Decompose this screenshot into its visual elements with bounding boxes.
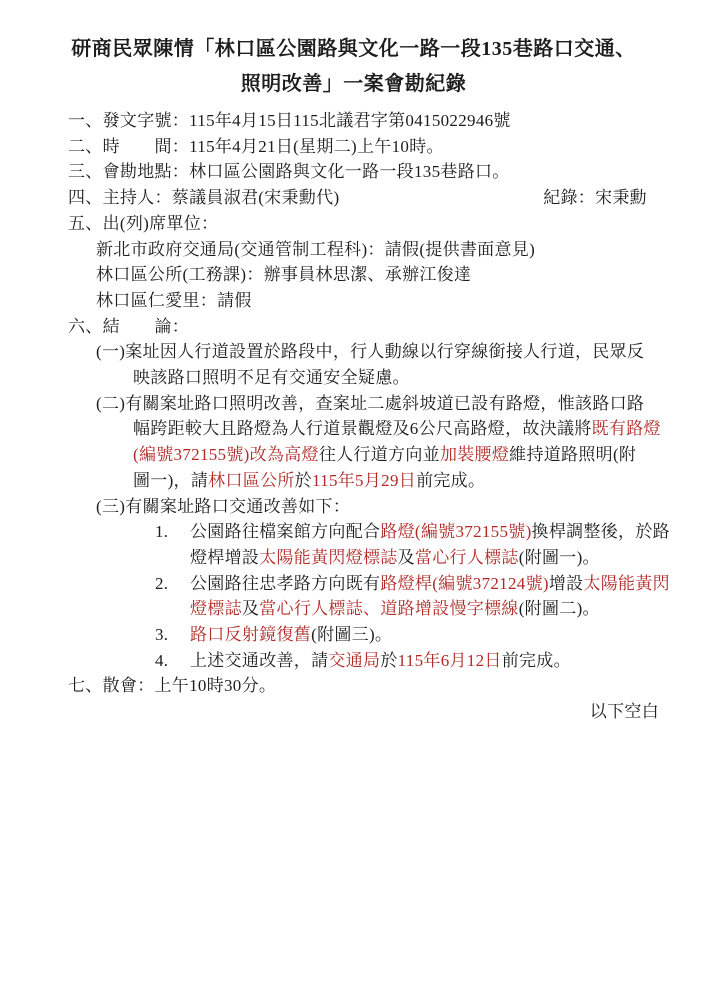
text: (二)有關案址路口照明改善，查案址二處斜坡道已設有路燈，惟該路口路 — [96, 394, 644, 413]
text: 前完成。 — [416, 471, 485, 490]
text: (一)案址因人行道設置於路段中，行人動線以行穿線銜接人行道，民眾反 — [96, 342, 644, 361]
red-text: 路燈桿(編號372124號) — [380, 574, 549, 593]
text: 映該路口照明不足有交通安全疑慮。 — [133, 368, 410, 387]
doc-line: 幅跨距較大且路燈為人行道景觀燈及6公尺高路燈，故決議將既有路燈 — [0, 416, 707, 442]
text: 公園路往忠孝路方向既有 — [190, 574, 380, 593]
red-text: 林口區公所 — [208, 471, 295, 490]
doc-line: 以下空白 — [0, 699, 707, 725]
text: 前完成。 — [502, 651, 571, 670]
doc-line: 五、出(列)席單位： — [0, 211, 707, 237]
doc-line: 燈桿增設太陽能黃閃燈標誌及當心行人標誌(附圖一)。 — [0, 545, 707, 571]
text: 紀錄：宋秉勳 — [543, 188, 647, 207]
text: (附圖三)。 — [311, 625, 392, 644]
red-text: 交通局 — [328, 651, 380, 670]
red-text: 太陽能黃閃 — [583, 574, 670, 593]
text: (三)有關案址路口交通改善如下： — [96, 497, 350, 516]
text: 四、主持人：蔡議員淑君(宋秉勳代) — [68, 188, 339, 207]
red-text: 當心行人標誌 — [415, 548, 519, 567]
text: (附圖一)。 — [519, 548, 600, 567]
text: 七、散會：上午10時30分。 — [68, 676, 276, 695]
doc-line: 三、會勘地點：林口區公園路與文化一路一段135巷路口。 — [0, 159, 707, 185]
doc-line: 一、發文字號：115年4月15日115北議君字第0415022946號 — [0, 108, 707, 134]
text: 圖一)，請 — [133, 471, 208, 490]
text: 一、發文字號：115年4月15日115北議君字第0415022946號 — [68, 111, 511, 130]
text: 二、時 間：115年4月21日(星期二)上午10時。 — [68, 137, 444, 156]
doc-line: 3.路口反射鏡復舊(附圖三)。 — [0, 622, 707, 648]
list-marker: 3. — [155, 622, 190, 648]
text: 維持道路照明(附 — [509, 445, 636, 464]
doc-body: 一、發文字號：115年4月15日115北議君字第0415022946號二、時 間… — [0, 108, 707, 725]
text: 於 — [295, 471, 312, 490]
text: 及 — [242, 599, 259, 618]
list-marker: 2. — [155, 571, 190, 597]
text: 換桿調整後，於路 — [532, 522, 670, 541]
red-text: 路燈(編號372155號) — [380, 522, 531, 541]
text: 三、會勘地點：林口區公園路與文化一路一段135巷路口。 — [68, 162, 510, 181]
red-text: 加裝腰燈 — [440, 445, 509, 464]
red-text: 115年5月29日 — [312, 471, 416, 490]
split-left: 四、主持人：蔡議員淑君(宋秉勳代) — [68, 185, 339, 211]
title-line-1: 研商民眾陳情「林口區公園路與文化一路一段135巷路口交通、 — [0, 32, 707, 67]
doc-line: 林口區仁愛里：請假 — [0, 288, 707, 314]
text: 於 — [380, 651, 397, 670]
text: 增設 — [549, 574, 584, 593]
text: 林口區公所(工務課)：辦事員林思潔、承辦江俊達 — [96, 265, 471, 284]
text: 新北市政府交通局(交通管制工程科)：請假(提供書面意見) — [96, 240, 535, 259]
red-text: 既有路燈 — [592, 419, 661, 438]
doc-line: (三)有關案址路口交通改善如下： — [0, 494, 707, 520]
doc-line: 新北市政府交通局(交通管制工程科)：請假(提供書面意見) — [0, 237, 707, 263]
doc-line: (二)有關案址路口照明改善，查案址二處斜坡道已設有路燈，惟該路口路 — [0, 391, 707, 417]
red-text: 當心行人標誌、道路增設慢字標線 — [259, 599, 519, 618]
text: 林口區仁愛里：請假 — [96, 291, 252, 310]
doc-line: 圖一)，請林口區公所於115年5月29日前完成。 — [0, 468, 707, 494]
text: 六、結 論： — [68, 317, 189, 336]
doc-line: 林口區公所(工務課)：辦事員林思潔、承辦江俊達 — [0, 262, 707, 288]
doc-line: 二、時 間：115年4月21日(星期二)上午10時。 — [0, 134, 707, 160]
text: 幅跨距較大且路燈為人行道景觀燈及6公尺高路燈，故決議將 — [133, 419, 592, 438]
red-text: 路口反射鏡復舊 — [190, 625, 311, 644]
text: 以下空白 — [590, 702, 659, 721]
text: (附圖二)。 — [519, 599, 600, 618]
list-marker: 4. — [155, 648, 190, 674]
red-text: 115年6月12日 — [398, 651, 502, 670]
title-line-2: 照明改善」一案會勘紀錄 — [0, 67, 707, 102]
text: 及 — [398, 548, 415, 567]
red-text: 燈標誌 — [190, 599, 242, 618]
doc-line: 六、結 論： — [0, 314, 707, 340]
text: 五、出(列)席單位： — [68, 214, 218, 233]
list-marker: 1. — [155, 519, 190, 545]
doc-line: (編號372155號)改為高燈往人行道方向並加裝腰燈維持道路照明(附 — [0, 442, 707, 468]
doc-line: 七、散會：上午10時30分。 — [0, 673, 707, 699]
document-page: 研商民眾陳情「林口區公園路與文化一路一段135巷路口交通、 照明改善」一案會勘紀… — [0, 0, 707, 1000]
red-text: (編號372155號)改為高燈 — [133, 445, 319, 464]
text: 燈桿增設 — [190, 548, 259, 567]
text: 上述交通改善，請 — [190, 651, 328, 670]
text: 公園路往檔案館方向配合 — [190, 522, 380, 541]
split-right: 紀錄：宋秉勳 — [543, 185, 647, 211]
text: 往人行道方向並 — [319, 445, 440, 464]
doc-line: 映該路口照明不足有交通安全疑慮。 — [0, 365, 707, 391]
doc-line: 1.公園路往檔案館方向配合路燈(編號372155號)換桿調整後，於路 — [0, 519, 707, 545]
doc-line: 4.上述交通改善，請交通局於115年6月12日前完成。 — [0, 648, 707, 674]
doc-line: 2.公園路往忠孝路方向既有路燈桿(編號372124號)增設太陽能黃閃 — [0, 571, 707, 597]
doc-line: 燈標誌及當心行人標誌、道路增設慢字標線(附圖二)。 — [0, 596, 707, 622]
document-title: 研商民眾陳情「林口區公園路與文化一路一段135巷路口交通、 照明改善」一案會勘紀… — [0, 32, 707, 102]
red-text: 太陽能黃閃燈標誌 — [259, 548, 397, 567]
doc-line: (一)案址因人行道設置於路段中，行人動線以行穿線銜接人行道，民眾反 — [0, 339, 707, 365]
doc-line: 四、主持人：蔡議員淑君(宋秉勳代)紀錄：宋秉勳 — [0, 185, 707, 211]
